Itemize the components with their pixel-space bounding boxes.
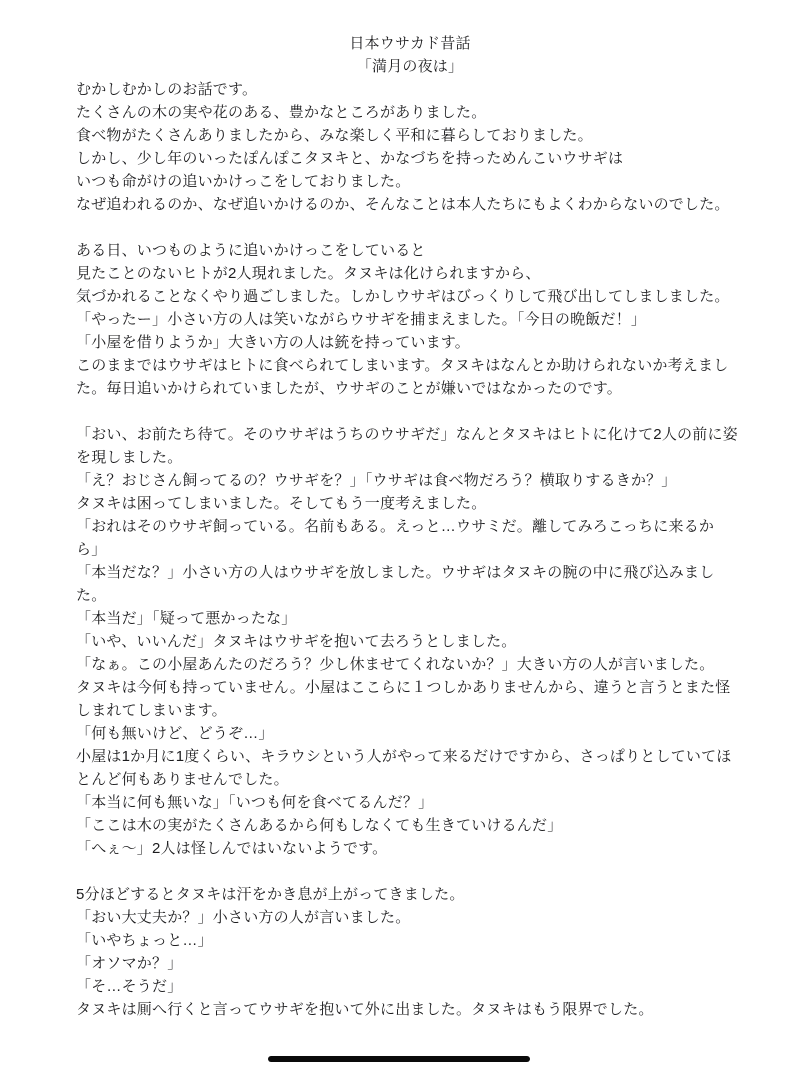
story-line: 見たことのないヒトが2人現れました。タヌキは化けられますから、 — [76, 262, 744, 285]
page-subtitle: 「満月の夜は」 — [76, 55, 744, 78]
story-page: 日本ウサカド昔話 「満月の夜は」 むかしむかしのお話です。たくさんの木の実や花の… — [0, 0, 799, 1071]
story-line: たくさんの木の実や花のある、豊かなところがありました。 — [76, 101, 744, 124]
story-line: 「いやちょっと…」 — [76, 929, 744, 952]
story-line — [76, 400, 744, 423]
story-line: 「なぁ。この小屋あんたのだろう？少し休ませてくれないか？」大きい方の人が言いまし… — [76, 653, 744, 676]
story-line: いつも命がけの追いかけっこをしておりました。 — [76, 170, 744, 193]
story-line: 「本当に何も無いな」「いつも何を食べてるんだ？」 — [76, 791, 744, 814]
story-line: 「へぇ～」2人は怪しんではいないようです。 — [76, 837, 744, 860]
home-indicator-bar[interactable] — [268, 1056, 530, 1062]
story-body: むかしむかしのお話です。たくさんの木の実や花のある、豊かなところがありました。食… — [76, 78, 744, 1021]
story-line: 「やったー」小さい方の人は笑いながらウサギを捕まえました。「今日の晩飯だ！」 — [76, 308, 744, 331]
story-line: とんど何もありませんでした。 — [76, 768, 744, 791]
story-line: タヌキは今何も持っていません。小屋はここらに１つしかありませんから、違うと言うと… — [76, 676, 744, 699]
page-title: 日本ウサカド昔話 — [76, 32, 744, 55]
story-line: た。 — [76, 584, 744, 607]
story-line: ある日、いつものように追いかけっこをしていると — [76, 239, 744, 262]
story-line: タヌキは厠へ行くと言ってウサギを抱いて外に出ました。タヌキはもう限界でした。 — [76, 998, 744, 1021]
story-line: しかし、少し年のいったぽんぽこタヌキと、かなづちを持っためんこいウサギは — [76, 147, 744, 170]
story-line — [76, 860, 744, 883]
story-line: 「本当だ」「疑って悪かったな」 — [76, 607, 744, 630]
story-line: 「本当だな？」小さい方の人はウサギを放しました。ウサギはタヌキの腕の中に飛び込み… — [76, 561, 744, 584]
story-line — [76, 216, 744, 239]
story-line: このままではウサギはヒトに食べられてしまいます。タヌキはなんとか助けられないか考… — [76, 354, 744, 377]
story-line: 「小屋を借りようか」大きい方の人は銃を持っています。 — [76, 331, 744, 354]
story-line: 「え？おじさん飼ってるの？ウサギを？」「ウサギは食べ物だろう？横取りするきか？」 — [76, 469, 744, 492]
story-line: 食べ物がたくさんありましたから、みな楽しく平和に暮らしておりました。 — [76, 124, 744, 147]
story-line: 「おい、お前たち待て。そのウサギはうちのウサギだ」なんとタヌキはヒトに化けて2人… — [76, 423, 744, 446]
story-line: 「ここは木の実がたくさんあるから何もしなくても生きていけるんだ」 — [76, 814, 744, 837]
story-line: 「おれはそのウサギ飼っている。名前もある。えっと…ウサミだ。離してみろこっちに来… — [76, 515, 744, 538]
story-line: タヌキは困ってしまいました。そしてもう一度考えました。 — [76, 492, 744, 515]
story-line: 小屋は1か月に1度くらい、キラウシという人がやって来るだけですから、さっぱりとし… — [76, 745, 744, 768]
story-text-column: 日本ウサカド昔話 「満月の夜は」 むかしむかしのお話です。たくさんの木の実や花の… — [76, 32, 744, 1021]
story-line: 5分ほどするとタヌキは汗をかき息が上がってきました。 — [76, 883, 744, 906]
story-line: た。毎日追いかけられていましたが、ウサギのことが嫌いではなかったのです。 — [76, 377, 744, 400]
story-line: 「おい大丈夫か？」小さい方の人が言いました。 — [76, 906, 744, 929]
story-line: 「いや、いいんだ」タヌキはウサギを抱いて去ろうとしました。 — [76, 630, 744, 653]
story-line: ら」 — [76, 538, 744, 561]
story-line: 気づかれることなくやり過ごしました。しかしウサギはびっくりして飛び出してしましま… — [76, 285, 744, 308]
story-line: しまれてしまいます。 — [76, 699, 744, 722]
story-line: むかしむかしのお話です。 — [76, 78, 744, 101]
story-line: なぜ追われるのか、なぜ追いかけるのか、そんなことは本人たちにもよくわからないので… — [76, 193, 744, 216]
story-line: 「何も無いけど、どうぞ…」 — [76, 722, 744, 745]
story-line: 「オソマか？」 — [76, 952, 744, 975]
story-line: を現しました。 — [76, 446, 744, 469]
story-line: 「そ…そうだ」 — [76, 975, 744, 998]
